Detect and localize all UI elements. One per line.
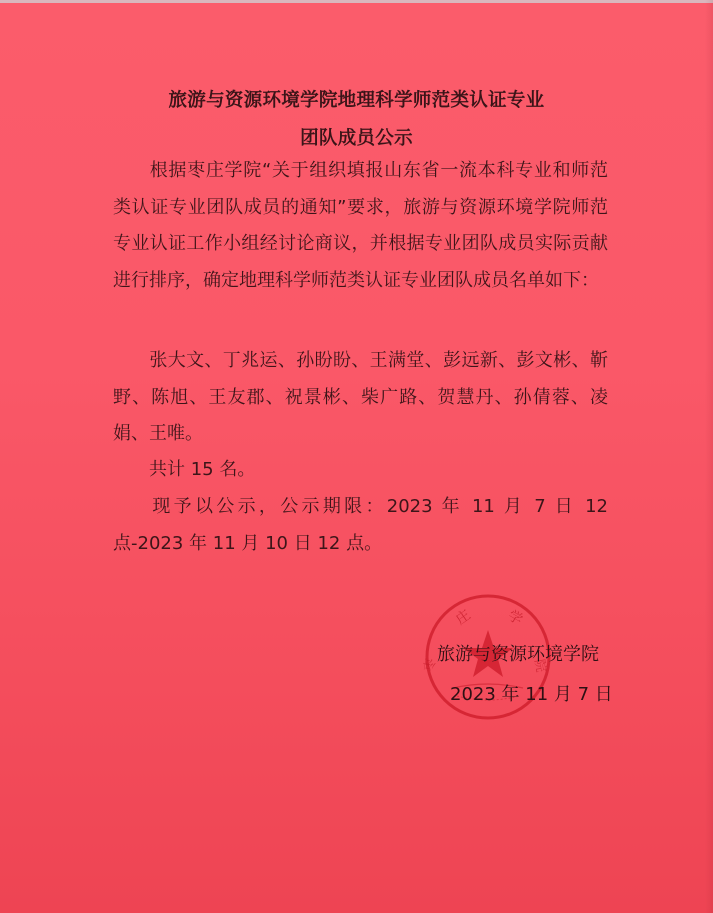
intro-text: 根据枣庄学院“关于组织填报山东省一流本科专业和师范类认证专业团队成员的通知”要求…	[113, 160, 608, 291]
seal-text-left: 庄	[453, 607, 474, 628]
members-paragraph: 张大文、丁兆运、孙盼盼、王满堂、彭远新、彭文彬、靳野、陈旭、王友郡、祝景彬、柴广…	[113, 343, 608, 453]
signature-date: 2023 年 11 月 7 日	[450, 680, 613, 706]
seal-text-right: 学	[505, 608, 525, 629]
notice-period-paragraph: 现予以公示，公示期限：2023 年 11 月 7 日 12 点-2023 年 1…	[113, 489, 608, 562]
total-paragraph: 共计 15 名。	[113, 452, 608, 489]
document-title-line1: 旅游与资源环境学院地理科学师范类认证专业	[0, 86, 713, 112]
signature-organization: 旅游与资源环境学院	[437, 640, 599, 666]
document-page: 旅游与资源环境学院地理科学师范类认证专业 团队成员公示 根据枣庄学院“关于组织填…	[0, 0, 713, 913]
total-count: 共计 15 名。	[149, 459, 255, 480]
intro-paragraph: 根据枣庄学院“关于组织填报山东省一流本科专业和师范类认证专业团队成员的通知”要求…	[113, 153, 608, 299]
notice-period: 现予以公示，公示期限：2023 年 11 月 7 日 12 点-2023 年 1…	[113, 496, 608, 554]
document-title-line2: 团队成员公示	[0, 124, 713, 150]
members-list: 张大文、丁兆运、孙盼盼、王满堂、彭远新、彭文彬、靳野、陈旭、王友郡、祝景彬、柴广…	[113, 350, 608, 444]
